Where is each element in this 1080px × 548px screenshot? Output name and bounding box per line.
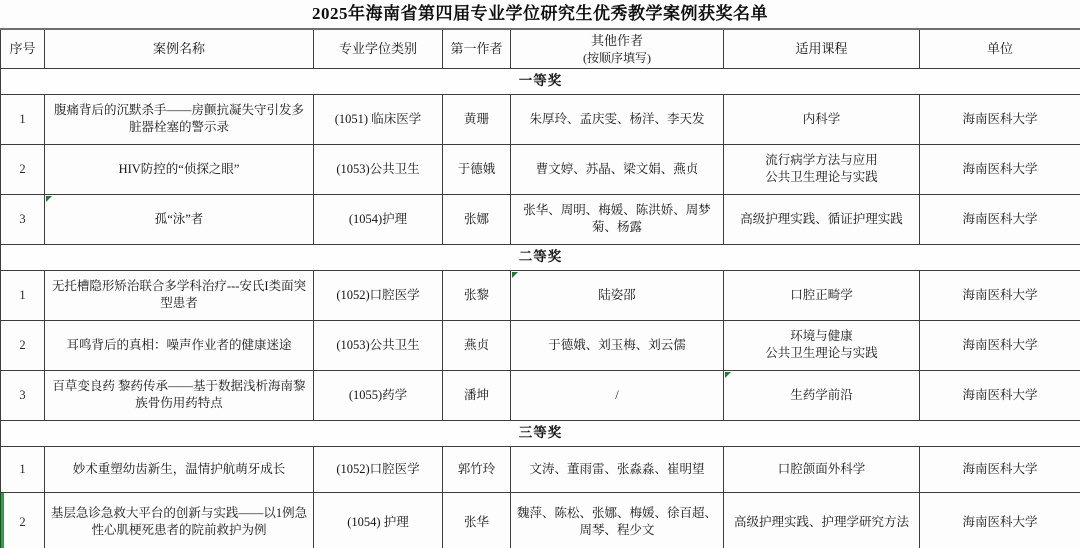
cell-courses: 口腔颌面外科学 — [724, 446, 920, 492]
cell-other-authors: / — [511, 370, 724, 420]
cell-other-authors: 于德娥、刘玉梅、刘云儒 — [511, 320, 724, 370]
cell-courses: 流行病学方法与应用 公共卫生理论与实践 — [724, 144, 920, 194]
cell-first-author: 郭竹玲 — [443, 446, 511, 492]
cell-other-authors: 曹文婷、苏晶、梁文娟、燕贞 — [511, 144, 724, 194]
section-label-first-prize: 一等奖 — [1, 68, 1080, 94]
cell-case-name: 腹痛背后的沉默杀手——房颤抗凝失守引发多脏器栓塞的警示录 — [45, 94, 314, 144]
cell-unit: 海南医科大学 — [920, 492, 1080, 548]
section-label-second-prize: 二等奖 — [1, 244, 1080, 270]
cell-case-name: 孤“泳”者 — [45, 194, 314, 244]
cell-first-author: 于德娥 — [443, 144, 511, 194]
cell-other-authors: 陆姿邵 — [511, 270, 724, 320]
cell-unit: 海南医科大学 — [920, 94, 1080, 144]
awards-table: 序号 案例名称 专业学位类别 第一作者 其他作者(按顺序填写) 适用课程 单位 … — [0, 28, 1080, 548]
cell-other-authors: 文涛、董雨雷、张淼淼、崔明望 — [511, 446, 724, 492]
cell-courses: 高级护理实践、循证护理实践 — [724, 194, 920, 244]
cell-case-name: 基层急诊急救大平台的创新与实践——以1例急性心肌梗死患者的院前救护为例 — [45, 492, 314, 548]
table-row: 2 HIV防控的“侦探之眼” (1053)公共卫生 于德娥 曹文婷、苏晶、梁文娟… — [1, 144, 1080, 194]
cell-no: 2 — [1, 320, 45, 370]
table-row: 3 百草变良药 黎药传承——基于数据浅析海南黎族骨伤用药特点 (1055)药学 … — [1, 370, 1080, 420]
cell-no: 2 — [1, 144, 45, 194]
cell-degree: (1052)口腔医学 — [314, 270, 443, 320]
cell-no: 1 — [1, 270, 45, 320]
col-header-no: 序号 — [1, 29, 45, 68]
col-header-courses: 适用课程 — [724, 29, 920, 68]
section-row-first-prize: 一等奖 — [1, 68, 1080, 94]
cell-degree: (1053)公共卫生 — [314, 144, 443, 194]
cell-first-author: 潘坤 — [443, 370, 511, 420]
header-row: 序号 案例名称 专业学位类别 第一作者 其他作者(按顺序填写) 适用课程 单位 — [1, 29, 1080, 68]
cell-courses: 环境与健康 公共卫生理论与实践 — [724, 320, 920, 370]
cell-unit: 海南医科大学 — [920, 320, 1080, 370]
col-header-case-name: 案例名称 — [45, 29, 314, 68]
col-header-other-authors-label: 其他作者 — [591, 33, 643, 48]
cell-unit: 海南医科大学 — [920, 370, 1080, 420]
table-row: 1 妙术重塑幼齿新生，温情护航萌牙成长 (1052)口腔医学 郭竹玲 文涛、董雨… — [1, 446, 1080, 492]
col-header-other-authors: 其他作者(按顺序填写) — [511, 29, 724, 68]
section-label-third-prize: 三等奖 — [1, 420, 1080, 446]
cell-no: 1 — [1, 446, 45, 492]
award-list-page: 2025年海南省第四届专业学位研究生优秀教学案例获奖名单 序号 案例名称 专业学… — [0, 0, 1080, 548]
cell-degree: (1053)公共卫生 — [314, 320, 443, 370]
cell-first-author: 燕贞 — [443, 320, 511, 370]
cell-case-name: 百草变良药 黎药传承——基于数据浅析海南黎族骨伤用药特点 — [45, 370, 314, 420]
cell-other-authors: 魏萍、陈松、张娜、梅媛、徐百超、周琴、程少文 — [511, 492, 724, 548]
cell-first-author: 张黎 — [443, 270, 511, 320]
cell-case-name: HIV防控的“侦探之眼” — [45, 144, 314, 194]
cell-unit: 海南医科大学 — [920, 144, 1080, 194]
cell-case-name: 妙术重塑幼齿新生，温情护航萌牙成长 — [45, 446, 314, 492]
cell-other-authors: 朱厚玲、孟庆雯、杨洋、李天发 — [511, 94, 724, 144]
cell-courses: 生药学前沿 — [724, 370, 920, 420]
cell-no: 1 — [1, 94, 45, 144]
cell-case-name: 无托槽隐形矫治联合多学科治疗---安氏I类面突型患者 — [45, 270, 314, 320]
section-row-second-prize: 二等奖 — [1, 244, 1080, 270]
col-header-first-author: 第一作者 — [443, 29, 511, 68]
table-row: 2 耳鸣背后的真相：噪声作业者的健康迷途 (1053)公共卫生 燕贞 于德娥、刘… — [1, 320, 1080, 370]
cell-unit: 海南医科大学 — [920, 446, 1080, 492]
cell-no: 3 — [1, 194, 45, 244]
cell-degree: (1054) 护理 — [314, 492, 443, 548]
cell-degree: (1055)药学 — [314, 370, 443, 420]
table-row: 1 腹痛背后的沉默杀手——房颤抗凝失守引发多脏器栓塞的警示录 (1051) 临床… — [1, 94, 1080, 144]
cell-unit: 海南医科大学 — [920, 194, 1080, 244]
cell-degree: (1054)护理 — [314, 194, 443, 244]
table-row: 2 基层急诊急救大平台的创新与实践——以1例急性心肌梗死患者的院前救护为例 (1… — [1, 492, 1080, 548]
col-header-degree-category: 专业学位类别 — [314, 29, 443, 68]
cell-courses: 口腔正畸学 — [724, 270, 920, 320]
cell-first-author: 黄珊 — [443, 94, 511, 144]
cell-first-author: 张华 — [443, 492, 511, 548]
cell-other-authors: 张华、周明、梅媛、陈洪娇、周梦菊、杨露 — [511, 194, 724, 244]
cell-degree: (1052)口腔医学 — [314, 446, 443, 492]
cell-first-author: 张娜 — [443, 194, 511, 244]
col-header-other-authors-sublabel: (按顺序填写) — [516, 50, 718, 66]
cell-case-name: 耳鸣背后的真相：噪声作业者的健康迷途 — [45, 320, 314, 370]
cell-courses: 高级护理实践、护理学研究方法 — [724, 492, 920, 548]
table-row: 3 孤“泳”者 (1054)护理 张娜 张华、周明、梅媛、陈洪娇、周梦菊、杨露 … — [1, 194, 1080, 244]
cell-no: 3 — [1, 370, 45, 420]
cell-no: 2 — [1, 492, 45, 548]
page-title: 2025年海南省第四届专业学位研究生优秀教学案例获奖名单 — [0, 0, 1080, 28]
cell-courses: 内科学 — [724, 94, 920, 144]
section-row-third-prize: 三等奖 — [1, 420, 1080, 446]
table-row: 1 无托槽隐形矫治联合多学科治疗---安氏I类面突型患者 (1052)口腔医学 … — [1, 270, 1080, 320]
cell-unit: 海南医科大学 — [920, 270, 1080, 320]
cell-degree: (1051) 临床医学 — [314, 94, 443, 144]
col-header-unit: 单位 — [920, 29, 1080, 68]
